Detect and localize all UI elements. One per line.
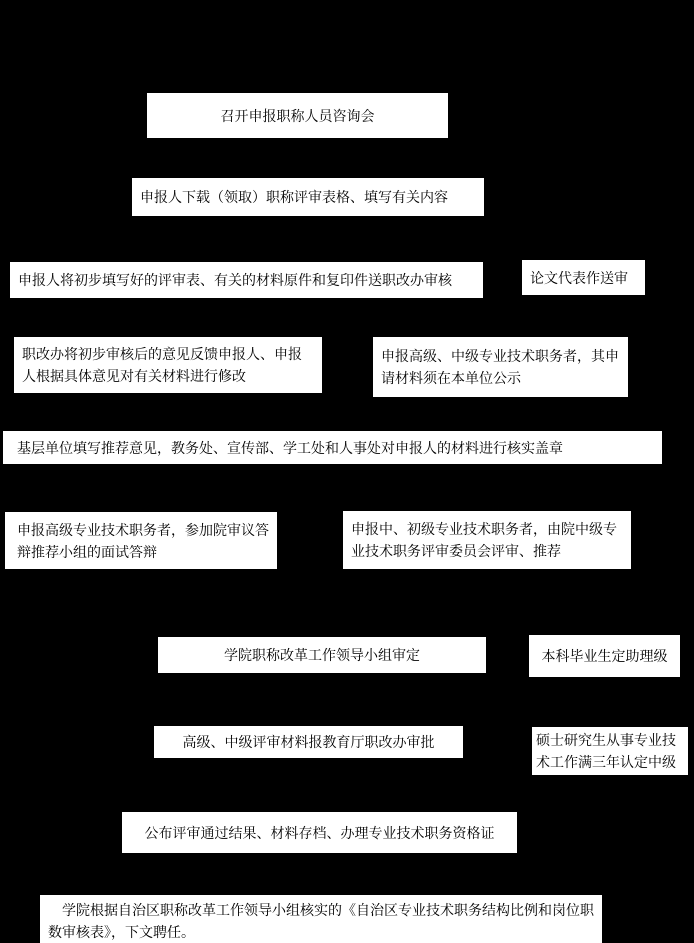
node-senior-defense: 申报高级专业技术职务者，参加院审议答 辩推荐小组的面试答辩 bbox=[5, 512, 277, 569]
node-appointment: 学院根据自治区职称改革工作领导小组核实的《自治区专业技术职务结构比例和岗位职 数… bbox=[40, 895, 602, 943]
node-unit-verification: 基层单位填写推荐意见，教务处、宣传部、学工处和人事处对申报人的材料进行核实盖章 bbox=[3, 431, 662, 464]
node-bachelor-assistant: 本科毕业生定助理级 bbox=[529, 635, 680, 677]
node-submit-materials: 申报人将初步填写好的评审表、有关的材料原件和复印件送职改办审核 bbox=[10, 262, 483, 298]
node-consult-meeting: 召开申报职称人员咨询会 bbox=[147, 93, 448, 138]
node-publicity: 申报高级、中级专业技术职务者，其申 请材料须在本单位公示 bbox=[373, 337, 628, 397]
node-download-forms: 申报人下载（领取）职称评审表格、填写有关内容 bbox=[132, 178, 484, 216]
flowchart-canvas: 召开申报职称人员咨询会 申报人下载（领取）职称评审表格、填写有关内容 申报人将初… bbox=[0, 0, 694, 943]
node-feedback-revision: 职改办将初步审核后的意见反馈申报人、申报 人根据具体意见对有关材料进行修改 bbox=[14, 337, 322, 393]
node-leading-group-review: 学院职称改革工作领导小组审定 bbox=[158, 637, 486, 673]
node-paper-review: 论文代表作送审 bbox=[522, 260, 645, 295]
node-master-mid-level: 硕士研究生从事专业技 术工作满三年认定中级 bbox=[532, 727, 688, 775]
node-mid-junior-review: 申报中、初级专业技术职务者，由院中级专 业技术职务评审委员会评审、推荐 bbox=[343, 511, 631, 569]
node-announce-results: 公布评审通过结果、材料存档、办理专业技术职务资格证 bbox=[122, 812, 517, 853]
node-education-dept-approval: 高级、中级评审材料报教育厅职改办审批 bbox=[154, 726, 463, 758]
